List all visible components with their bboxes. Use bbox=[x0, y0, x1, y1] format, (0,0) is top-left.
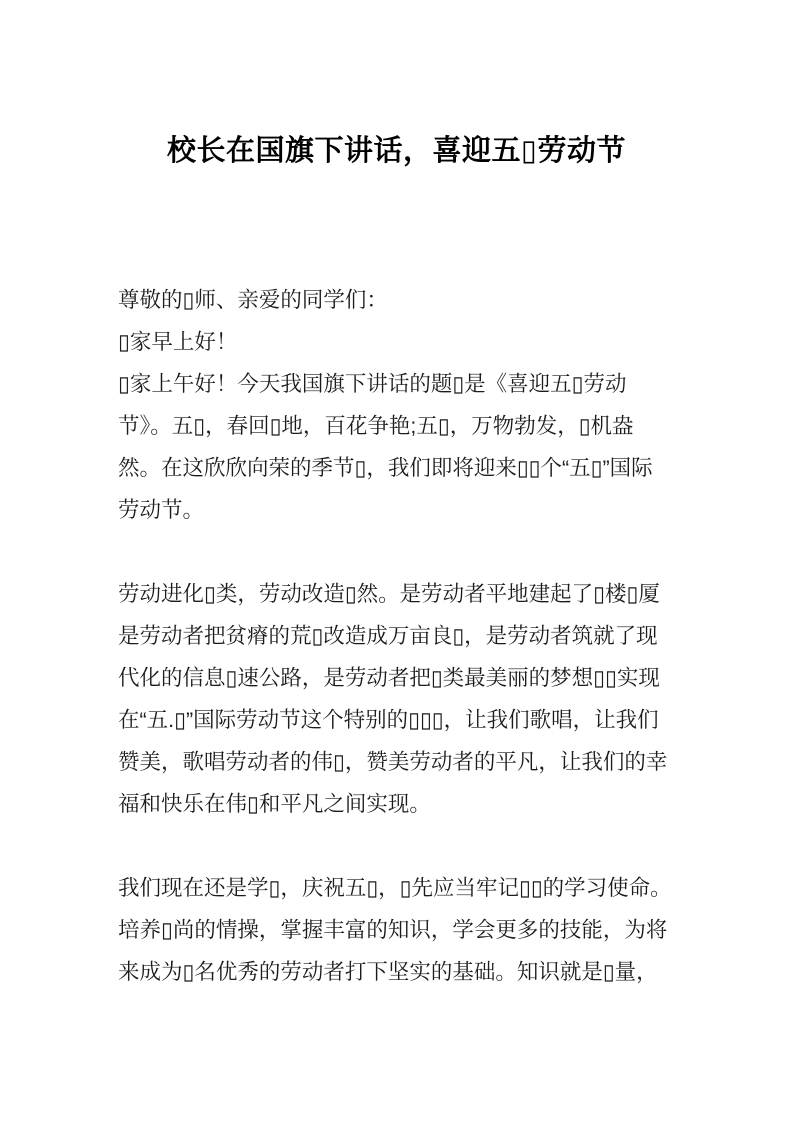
paragraph-block-greeting: 尊敬的▯师、亲爱的同学们： ▯家早上好！ ▯家上午好！今天我国旗下讲话的题▯是《… bbox=[118, 279, 708, 531]
document-page: 校长在国旗下讲话，喜迎五▯劳动节 尊敬的▯师、亲爱的同学们： ▯家早上好！ ▯家… bbox=[0, 0, 793, 1122]
document-body: 尊敬的▯师、亲爱的同学们： ▯家早上好！ ▯家上午好！今天我国旗下讲话的题▯是《… bbox=[118, 279, 708, 993]
paragraph-block-students-mission: 我们现在还是学▯，庆祝五▯，▯先应当牢记▯▯的学习使命。 培养▯尚的情操，掌握丰… bbox=[118, 867, 708, 993]
document-title: 校长在国旗下讲话，喜迎五▯劳动节 bbox=[0, 130, 793, 172]
paragraph-block-labor-praise: 劳动进化▯类，劳动改造▯然。是劳动者平地建起了▯楼▯厦 是劳动者把贫瘠的荒▯改造… bbox=[118, 573, 708, 825]
